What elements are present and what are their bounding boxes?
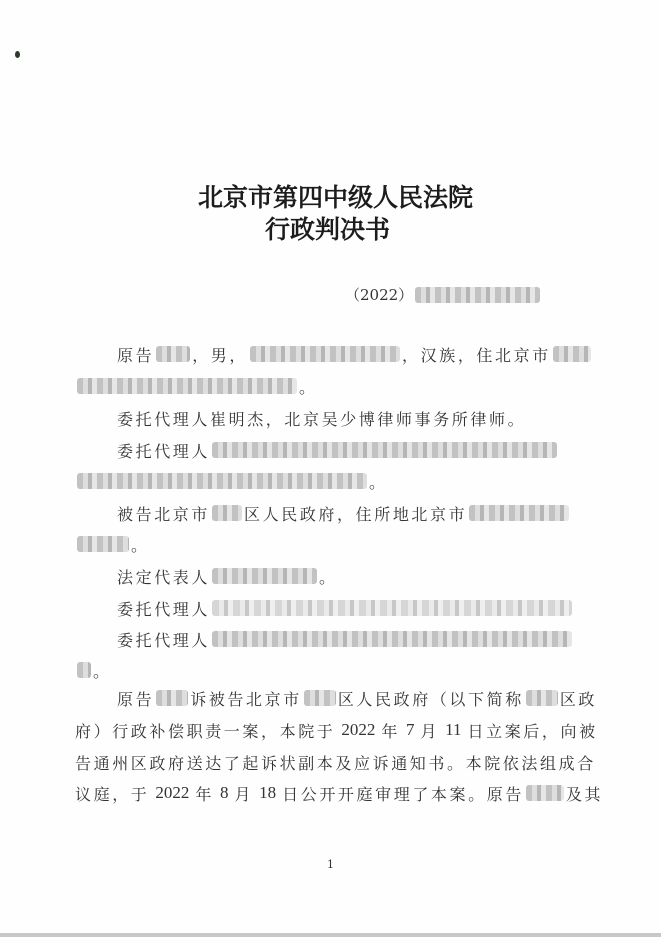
redacted-birthdate (250, 346, 400, 362)
redacted-address (77, 536, 129, 552)
redacted-address (77, 378, 297, 394)
legal-rep-line: 法定代表人 。 (117, 565, 338, 587)
redacted-plaintiff-name (156, 690, 188, 706)
agent-line-2-cont: 。 (75, 470, 388, 492)
agent-line-3: 委托代理人 (117, 597, 574, 619)
document-type-heading: 行政判决书 (0, 210, 661, 246)
redacted-agent-info (77, 662, 91, 678)
redacted-legal-rep (212, 568, 317, 584)
scan-speck (15, 51, 20, 58)
agent-line-4: 委托代理人 (117, 628, 574, 650)
plaintiff-line-cont: 。 (75, 375, 318, 397)
body-line-3: 告通州区政府送达了起诉状副本及应诉通知书。本院依法组成合 (75, 751, 596, 773)
agent-line-4-cont: 。 (75, 659, 112, 681)
agent-line-2: 委托代理人 (117, 439, 559, 461)
body-line-2: 府）行政补偿职责一案，本院于 2022 年 7 月 11 日立案后，向被 (75, 719, 598, 741)
redacted-name (156, 346, 190, 362)
page-number: 1 (0, 858, 661, 871)
redacted-district (304, 690, 336, 706)
redacted-plaintiff-name (526, 785, 564, 801)
redacted-agent-info (212, 600, 572, 616)
page-edge (0, 933, 661, 937)
redacted-address (553, 346, 591, 362)
redacted-district (212, 505, 242, 521)
document-page: 北京市第四中级人民法院 行政判决书 （2022） 原告 ，男， ，汉族，住北京市… (0, 0, 661, 933)
body-line-4: 议庭，于 2022 年 8 月 18 日公开开庭审理了本案。原告 及其 (75, 782, 603, 804)
redacted-agent-info (77, 473, 367, 489)
body-line-1: 原告 诉被告北京市 区人民政府（以下简称 区政 (117, 687, 597, 709)
redacted-agent-info (212, 631, 572, 647)
plaintiff-line: 原告 ，男， ，汉族，住北京市 (117, 343, 593, 365)
redacted-address (469, 505, 569, 521)
case-number: （2022） (345, 284, 542, 305)
redacted-agent-info (212, 442, 557, 458)
defendant-line-cont: 。 (75, 533, 150, 555)
case-number-prefix: （2022） (345, 284, 413, 305)
redacted-district (526, 690, 558, 706)
redacted-case-number (415, 287, 540, 303)
court-name-heading: 北京市第四中级人民法院 (0, 178, 661, 214)
agent-line-1: 委托代理人崔明杰，北京吴少博律师事务所律师。 (117, 407, 526, 429)
defendant-line: 被告北京市 区人民政府，住所地北京市 (117, 502, 571, 524)
